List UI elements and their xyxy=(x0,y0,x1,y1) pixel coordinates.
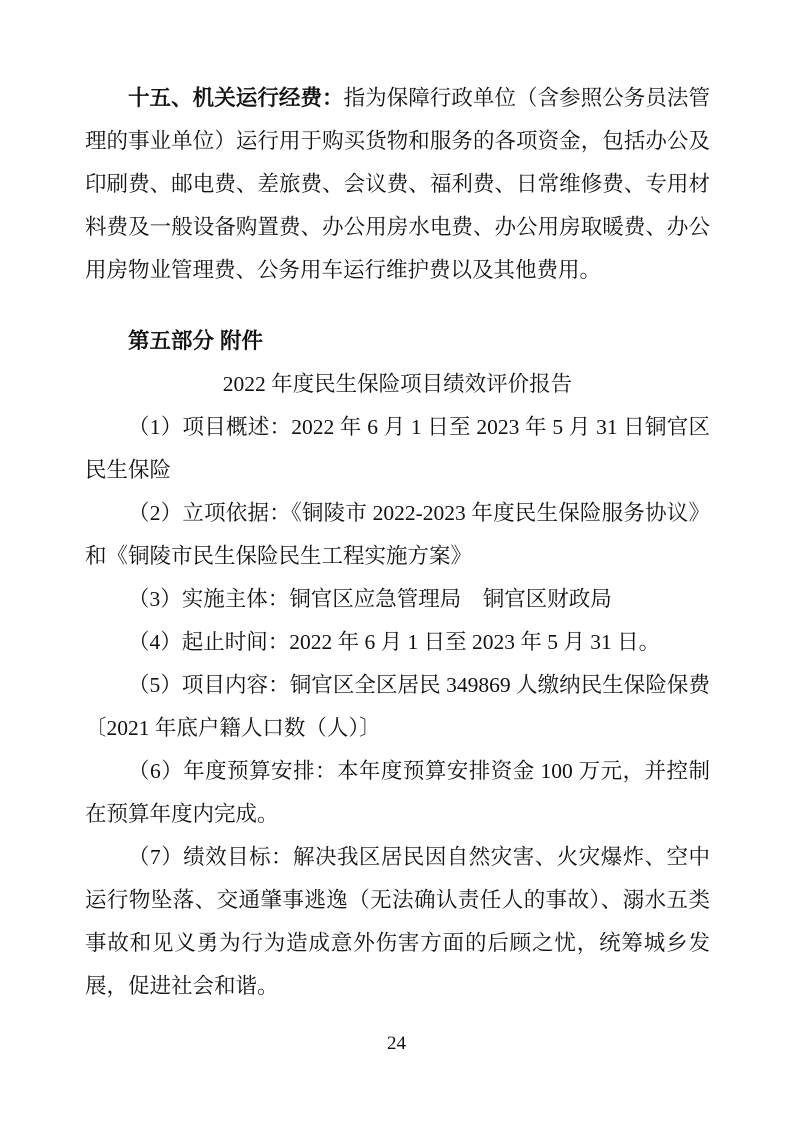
report-title: 2022 年度民生保险项目绩效评价报告 xyxy=(85,363,710,406)
report-item-3-implementing-bodies: （3）实施主体：铜官区应急管理局 铜官区财政局 xyxy=(85,578,710,621)
report-item-4-time-period: （4）起止时间：2022 年 6 月 1 日至 2023 年 5 月 31 日。 xyxy=(85,621,710,664)
page-number: 24 xyxy=(0,1032,793,1056)
document-page: 十五、机关运行经费：指为保障行政单位（含参照公务员法管理的事业单位）运行用于购买… xyxy=(0,0,793,1122)
report-item-1-project-overview: （1）项目概述：2022 年 6 月 1 日至 2023 年 5 月 31 日铜… xyxy=(85,406,710,492)
report-item-2-approval-basis: （2）立项依据：《铜陵市 2022-2023 年度民生保险服务协议》和《铜陵市民… xyxy=(85,492,710,578)
paragraph-lead-bold: 十五、机关运行经费： xyxy=(128,86,344,110)
paragraph-agency-operating-expenses: 十五、机关运行经费：指为保障行政单位（含参照公务员法管理的事业单位）运行用于购买… xyxy=(85,77,710,292)
report-item-7-performance-goals: （7）绩效目标：解决我区居民因自然灾害、火灾爆炸、空中运行物坠落、交通肇事逃逸（… xyxy=(85,836,710,1008)
section-heading-part-five: 第五部分 附件 xyxy=(85,320,710,363)
paragraph-body-text: 指为保障行政单位（含参照公务员法管理的事业单位）运行用于购买货物和服务的各项资金… xyxy=(85,86,710,282)
document-content: 十五、机关运行经费：指为保障行政单位（含参照公务员法管理的事业单位）运行用于购买… xyxy=(85,77,710,1008)
report-item-5-project-content: （5）项目内容：铜官区全区居民 349869 人缴纳民生保险保费〔2021 年底… xyxy=(85,664,710,750)
report-item-6-annual-budget: （6）年度预算安排：本年度预算安排资金 100 万元，并控制在预算年度内完成。 xyxy=(85,750,710,836)
